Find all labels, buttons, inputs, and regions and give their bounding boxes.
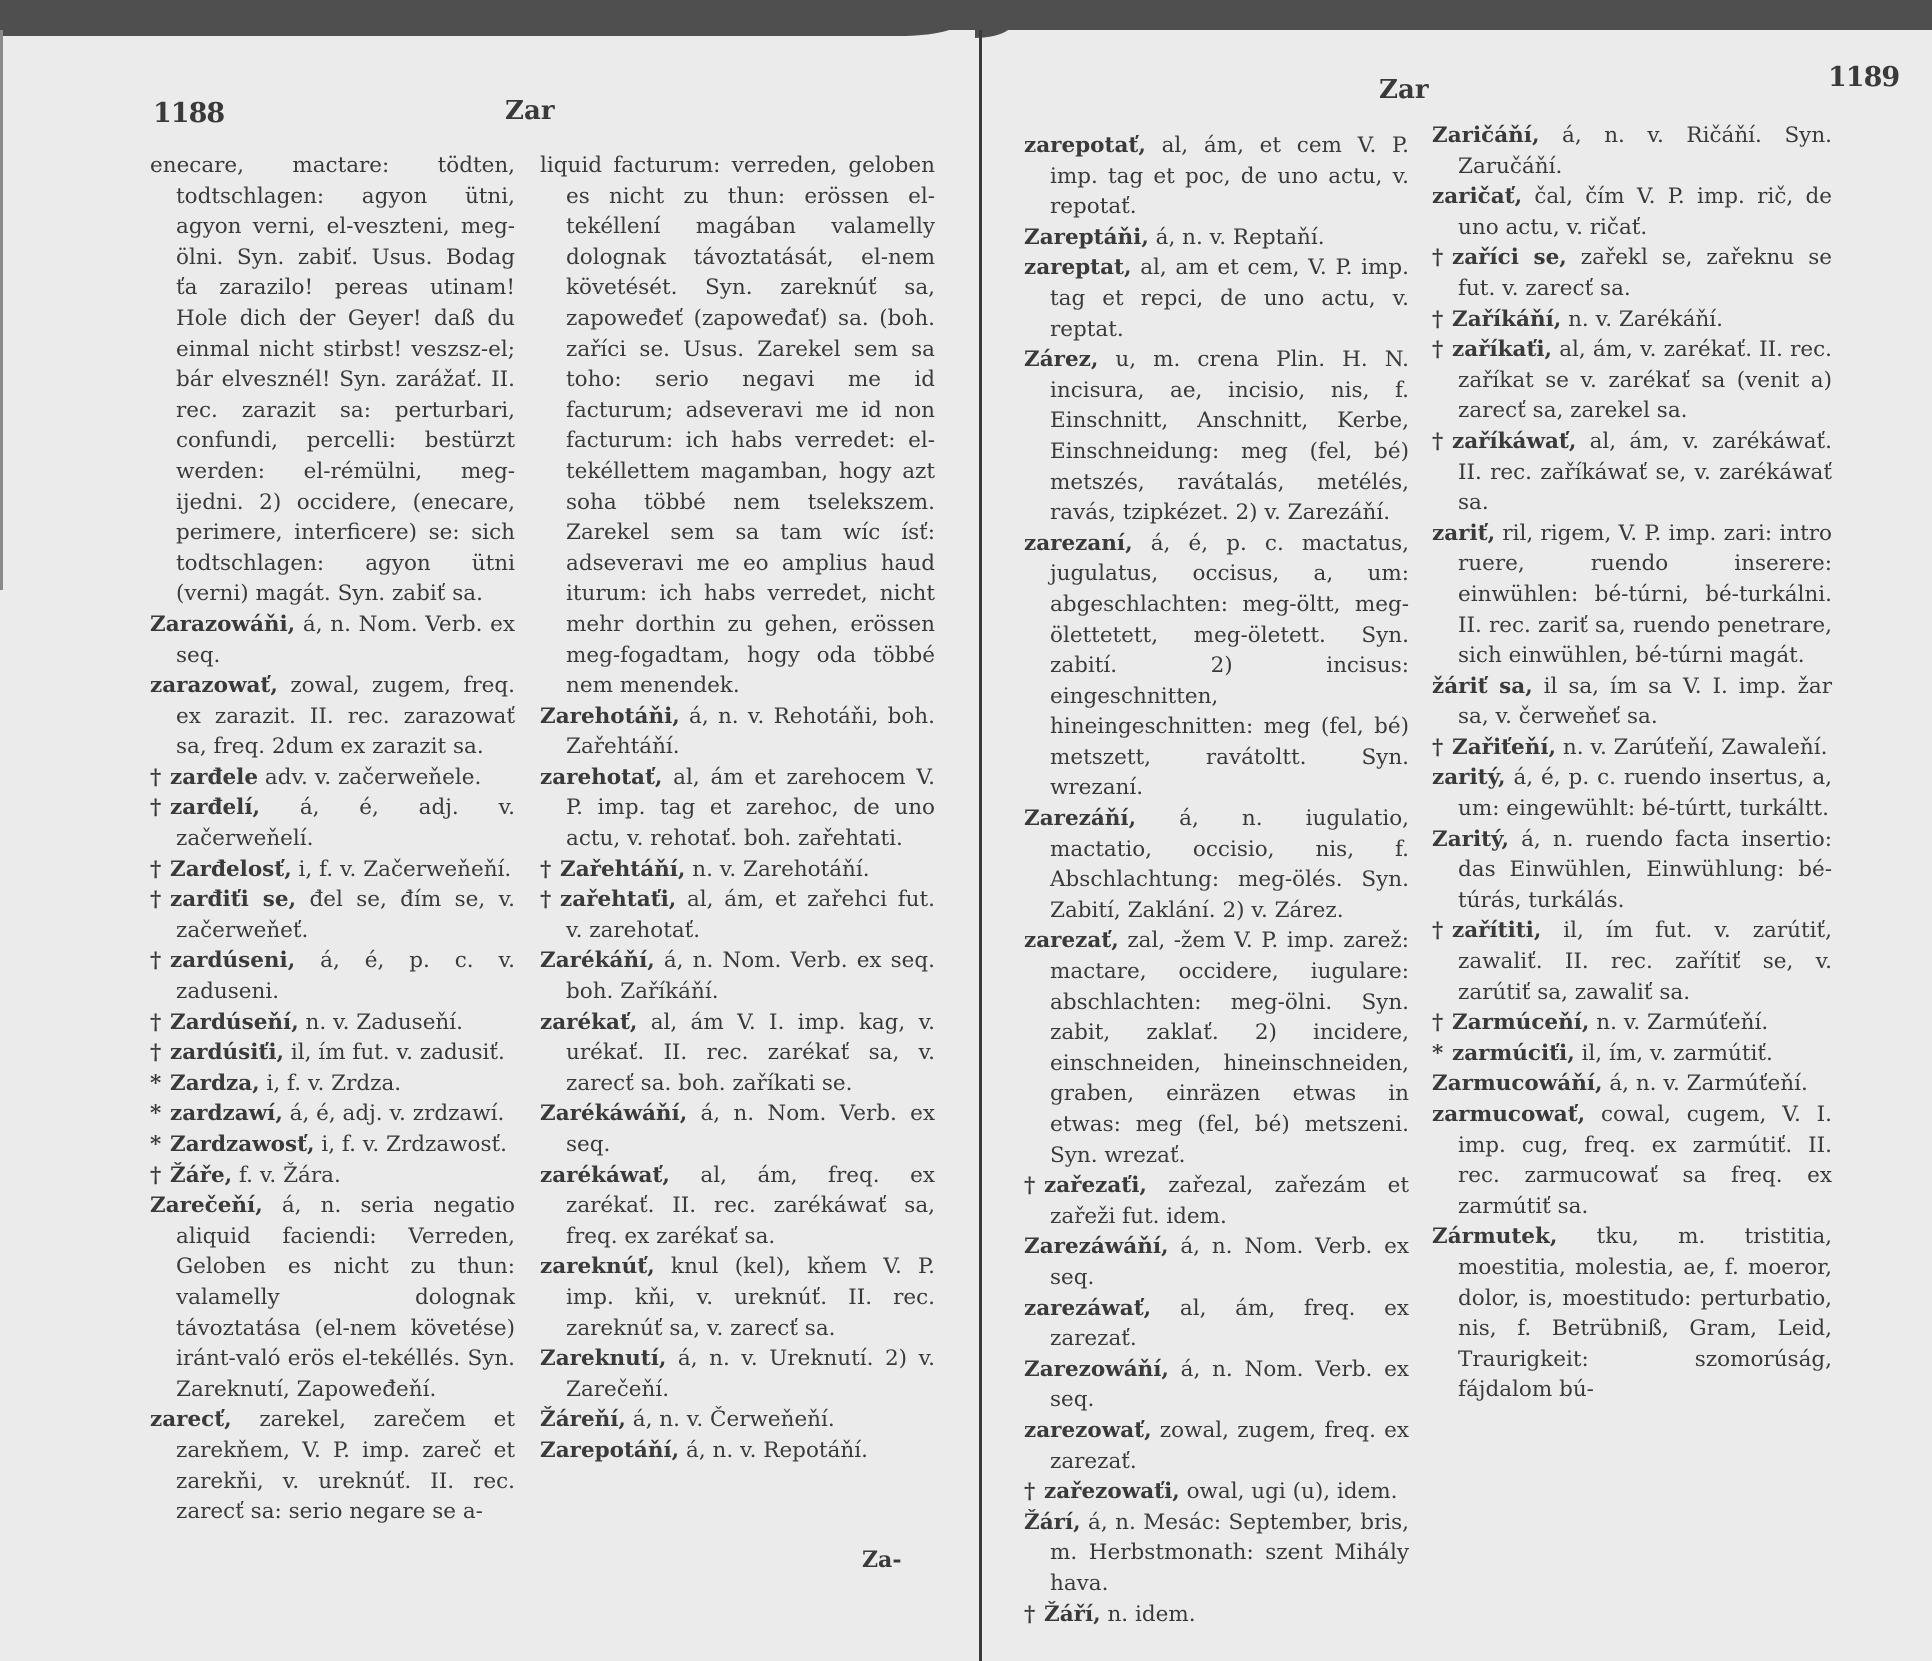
headword: zareknúť,	[540, 1254, 655, 1279]
definition-text: á, n. Mesác: September, bris, m. Herbstm…	[1050, 1510, 1409, 1596]
dictionary-entry: Zarečeňí, á, n. seria negatio aliquid fa…	[150, 1191, 515, 1405]
headword: zaříci se,	[1452, 245, 1567, 270]
dictionary-entry: †Zarđelosť, i, f. v. Začerweňeňí.	[150, 855, 515, 886]
left-page-column-2: liquid facturum: verreden, geloben es ni…	[540, 151, 935, 1467]
dagger-mark-icon: †	[150, 763, 170, 794]
asterisk-mark-icon: *	[150, 1099, 170, 1130]
dictionary-entry: Žáreňí, á, n. v. Čerweňeňí.	[540, 1405, 935, 1436]
headword: zarecť,	[150, 1407, 232, 1432]
headword: zarđele	[170, 765, 258, 790]
dictionary-entry: zareptat, al, am et cem, V. P. imp. tag …	[1024, 253, 1409, 345]
dagger-mark-icon: †	[1024, 1477, 1044, 1508]
dictionary-entry: liquid facturum: verreden, geloben es ni…	[540, 151, 935, 702]
dictionary-entry: Zareptáňi, á, n. v. Reptaňí.	[1024, 223, 1409, 254]
page-number: 1189	[1828, 62, 1899, 93]
dictionary-entry: †Žáří, n. idem.	[1024, 1600, 1409, 1631]
headword: Zármutek,	[1432, 1224, 1557, 1249]
definition-text: á, n. seria negatio aliquid faciendi: Ve…	[176, 1193, 515, 1402]
headword: Žáře,	[170, 1163, 232, 1188]
dictionary-entry: Zárez, u, m. crena Plin. H. N. incisura,…	[1024, 345, 1409, 529]
dictionary-entry: *zardzawí, á, é, adj. v. zrdzawí.	[150, 1099, 515, 1130]
dictionary-entry: Zarezowáňí, á, n. Nom. Verb. ex seq.	[1024, 1355, 1409, 1416]
headword: žáriť sa,	[1432, 674, 1533, 699]
dictionary-entry: †Zarmúceňí, n. v. Zarmúťeňí.	[1432, 1008, 1832, 1039]
headword: Zařehtáňí,	[560, 857, 685, 882]
headword: zarezaní,	[1024, 531, 1133, 556]
headword: zareptat,	[1024, 255, 1131, 280]
dictionary-entry: Zarékáňí, á, n. Nom. Verb. ex seq. boh. …	[540, 946, 935, 1007]
dictionary-entry: zareknúť, knul (kel), kňem V. P. imp. kň…	[540, 1252, 935, 1344]
dagger-mark-icon: †	[1432, 335, 1452, 366]
definition-text: il, ím, v. zarmútiť.	[1582, 1041, 1773, 1066]
dictionary-entry: Zarepotáňí, á, n. v. Repotáňí.	[540, 1436, 935, 1467]
definition-text: á, n. v. Repotáňí.	[686, 1438, 868, 1463]
dictionary-entry: †zaříkáwať, al, ám, v. zarékáwať. II. re…	[1432, 427, 1832, 519]
dictionary-entry: †zaříkaťi, al, ám, v. zarékať. II. rec. …	[1432, 335, 1832, 427]
headword: Žáří,	[1044, 1602, 1101, 1627]
headword: Zarmúceňí,	[1452, 1010, 1589, 1035]
dictionary-entry: zarezowať, zowal, zugem, freq. ex zareza…	[1024, 1416, 1409, 1477]
dagger-mark-icon: †	[150, 1038, 170, 1069]
dictionary-entry: zarehotať, al, ám et zarehocem V. P. imp…	[540, 763, 935, 855]
dagger-mark-icon: †	[1432, 243, 1452, 274]
running-head: Zar	[505, 96, 555, 126]
asterisk-mark-icon: *	[150, 1130, 170, 1161]
running-head: Zar	[1379, 75, 1429, 105]
headword: zarezať,	[1024, 928, 1119, 953]
headword: Zarezáňí,	[1024, 806, 1136, 831]
definition-text: enecare, mactare: tödten, todtschlagen: …	[150, 153, 515, 606]
headword: zarehotať,	[540, 765, 662, 790]
headword: Zarehotáňi,	[540, 704, 680, 729]
definition-text: á, n. v. Zarmúťeňí.	[1609, 1071, 1807, 1096]
dagger-mark-icon: †	[1432, 733, 1452, 764]
headword: Zarmucowáňí,	[1432, 1071, 1603, 1096]
headword: Zaritý,	[1432, 827, 1509, 852]
headword: Zareknutí,	[540, 1346, 666, 1371]
headword: zarazowať,	[150, 673, 278, 698]
dagger-mark-icon: †	[150, 793, 170, 824]
definition-text: il, ím fut. v. zadusiť.	[291, 1040, 505, 1065]
definition-text: n. idem.	[1107, 1602, 1195, 1627]
headword: zarmucowať,	[1432, 1102, 1585, 1127]
definition-text: á, é, p. c. ruendo insertus, a, um: eing…	[1458, 765, 1832, 821]
definition-text: i, f. v. Zrdzawosť.	[321, 1132, 507, 1157]
dagger-mark-icon: †	[1432, 1008, 1452, 1039]
dictionary-entry: zarecť, zarekel, zarečem et zarekňem, V.…	[150, 1405, 515, 1527]
definition-text: á, n. v. Reptaňí.	[1156, 225, 1325, 250]
dagger-mark-icon: †	[150, 1008, 170, 1039]
asterisk-mark-icon: *	[1432, 1039, 1452, 1070]
dictionary-entry: Zarehotáňi, á, n. v. Rehotáňi, boh. Zaře…	[540, 702, 935, 763]
definition-text: n. v. Zarmúťeňí.	[1596, 1010, 1768, 1035]
definition-text: á, é, p. c. mactatus, jugulatus, occisus…	[1050, 531, 1409, 801]
dictionary-entry: zaričať, čal, čím V. P. imp. rič, de uno…	[1432, 182, 1832, 243]
headword: Zarékáňí,	[540, 948, 655, 973]
dictionary-entry: zarezať, zal, -žem V. P. imp. zarež: mac…	[1024, 926, 1409, 1171]
dictionary-entry: *Zardza, i, f. v. Zrdza.	[150, 1069, 515, 1100]
right-page-column-1: zarepotať, al, ám, et cem V. P. imp. tag…	[1024, 131, 1409, 1630]
definition-text: i, f. v. Začerweňeňí.	[299, 857, 512, 882]
definition-text: n. v. Zarúťeňí, Zawaleňí.	[1563, 735, 1828, 760]
dictionary-entry: †zařítiti, il, ím fut. v. zarútiť, zawal…	[1432, 916, 1832, 1008]
headword: zarékať,	[540, 1010, 637, 1035]
dagger-mark-icon: †	[150, 1161, 170, 1192]
dictionary-entry: †Zařehtáňí, n. v. Zarehotáňí.	[540, 855, 935, 886]
page-number: 1188	[153, 98, 224, 129]
headword: zardzawí,	[170, 1101, 283, 1126]
definition-text: n. v. Zaduseňí.	[306, 1010, 463, 1035]
headword: Zardza,	[170, 1071, 260, 1096]
headword: Zarezowáňí,	[1024, 1357, 1169, 1382]
dagger-mark-icon: †	[540, 855, 560, 886]
dictionary-entry: *zarmúciťi, il, ím, v. zarmútiť.	[1432, 1039, 1832, 1070]
headword: zaričať,	[1432, 184, 1522, 209]
headword: zaříkáwať,	[1452, 429, 1576, 454]
dictionary-entry: †Zaříkáňí, n. v. Zarékáňí.	[1432, 305, 1832, 336]
headword: zardúsiťi,	[170, 1040, 284, 1065]
dictionary-entry: †zařezaťi, zařezal, zařezám et zařeži fu…	[1024, 1171, 1409, 1232]
headword: Zaričáňí,	[1432, 123, 1539, 148]
definition-text: zal, -žem V. P. imp. zarež: mactare, occ…	[1050, 928, 1409, 1167]
dictionary-entry: Zarékáwáňí, á, n. Nom. Verb. ex seq.	[540, 1099, 935, 1160]
headword: zaritý,	[1432, 765, 1506, 790]
headword: zařehtaťi,	[560, 887, 676, 912]
headword: zarđiťi se,	[170, 887, 296, 912]
definition-text: á, n. ruendo facta insertio: das Einwühl…	[1458, 827, 1832, 913]
dictionary-entry: Zaritý, á, n. ruendo facta insertio: das…	[1432, 825, 1832, 917]
headword: Zarazowáňi,	[150, 612, 295, 637]
headword: Zarékáwáňí,	[540, 1101, 687, 1126]
headword: Žárí,	[1024, 1510, 1081, 1535]
right-page: Zar 1189 zarepotať, al, ám, et cem V. P.…	[984, 0, 1932, 1661]
dictionary-entry: †zardúseni, á, é, p. c. v. zaduseni.	[150, 946, 515, 1007]
dictionary-entry: Zarezáwáňí, á, n. Nom. Verb. ex seq.	[1024, 1232, 1409, 1293]
dictionary-entry: zarezaní, á, é, p. c. mactatus, jugulatu…	[1024, 529, 1409, 804]
dictionary-entry: zarazowať, zowal, zugem, freq. ex zarazi…	[150, 671, 515, 763]
definition-text: á, n. v. Čerweňeňí.	[633, 1407, 835, 1432]
dagger-mark-icon: †	[540, 885, 560, 916]
dagger-mark-icon: †	[1432, 427, 1452, 458]
headword: zařezowaťi,	[1044, 1479, 1180, 1504]
dagger-mark-icon: †	[150, 946, 170, 977]
headword: Zaříkáňí,	[1452, 307, 1561, 332]
asterisk-mark-icon: *	[150, 1069, 170, 1100]
headword: Zareptáňi,	[1024, 225, 1149, 250]
dagger-mark-icon: †	[1024, 1171, 1044, 1202]
dictionary-entry: Zarmucowáňí, á, n. v. Zarmúťeňí.	[1432, 1069, 1832, 1100]
dictionary-entry: †zaříci se, zařekl se, zařeknu se fut. v…	[1432, 243, 1832, 304]
dictionary-entry: Zarezáňí, á, n. iugulatio, mactatio, occ…	[1024, 804, 1409, 926]
headword: zarékáwať,	[540, 1163, 670, 1188]
dictionary-entry: Zaričáňí, á, n. v. Ričáňí. Syn. Zaručáňí…	[1432, 121, 1832, 182]
dictionary-entry: Žárí, á, n. Mesác: September, bris, m. H…	[1024, 1508, 1409, 1600]
headword: zarezáwať,	[1024, 1296, 1151, 1321]
dagger-mark-icon: †	[150, 855, 170, 886]
definition-text: ril, rigem, V. P. imp. zari: intro ruere…	[1458, 521, 1832, 668]
dictionary-entry: zarékať, al, ám V. I. imp. kag, v. uréka…	[540, 1008, 935, 1100]
headword: zarezowať,	[1024, 1418, 1152, 1443]
headword: Žáreňí,	[540, 1407, 626, 1432]
headword: Zarđelosť,	[170, 857, 292, 882]
dagger-mark-icon: †	[1024, 1600, 1044, 1631]
definition-text: liquid facturum: verreden, geloben es ni…	[540, 153, 935, 698]
dictionary-entry: †zařehtaťi, al, ám, et zařehci fut. v. z…	[540, 885, 935, 946]
headword: Zařiťeňí,	[1452, 735, 1556, 760]
dictionary-entry: Zármutek, tku, m. tristitia, moestitia, …	[1432, 1222, 1832, 1406]
dictionary-entry: †Žáře, f. v. Žára.	[150, 1161, 515, 1192]
headword: zariť,	[1432, 521, 1495, 546]
dictionary-entry: zarmucowať, cowal, cugem, V. I. imp. cug…	[1432, 1100, 1832, 1222]
definition-text: u, m. crena Plin. H. N. incisura, ae, in…	[1050, 347, 1409, 525]
dictionary-entry: †zarđiťi se, đel se, đím se, v. začerweň…	[150, 885, 515, 946]
dictionary-entry: zarezáwať, al, ám, freq. ex zarezať.	[1024, 1294, 1409, 1355]
dictionary-entry: zariť, ril, rigem, V. P. imp. zari: intr…	[1432, 519, 1832, 672]
headword: zardúseni,	[170, 948, 295, 973]
dictionary-entry: †zarđele adv. v. začerweňele.	[150, 763, 515, 794]
book-spine	[979, 30, 982, 1661]
definition-text: owal, ugi (u), idem.	[1187, 1479, 1398, 1504]
headword: Zarepotáňí,	[540, 1438, 679, 1463]
dictionary-entry: †zardúsiťi, il, ím fut. v. zadusiť.	[150, 1038, 515, 1069]
dictionary-entry: zarékáwať, al, ám, freq. ex zarékať. II.…	[540, 1161, 935, 1253]
headword: Zardzawosť,	[170, 1132, 315, 1157]
headword: Zardúseňí,	[170, 1010, 299, 1035]
dictionary-entry: enecare, mactare: tödten, todtschlagen: …	[150, 151, 515, 610]
dictionary-entry: *Zardzawosť, i, f. v. Zrdzawosť.	[150, 1130, 515, 1161]
definition-text: n. v. Zarékáňí.	[1568, 307, 1723, 332]
dictionary-entry: zarepotať, al, ám, et cem V. P. imp. tag…	[1024, 131, 1409, 223]
catchword: Za-	[862, 1547, 901, 1573]
headword: zaříkaťi,	[1452, 337, 1552, 362]
definition-text: f. v. Žára.	[239, 1163, 341, 1188]
headword: zarmúciťi,	[1452, 1041, 1575, 1066]
dictionary-entry: †zařezowaťi, owal, ugi (u), idem.	[1024, 1477, 1409, 1508]
headword: Zarezáwáňí,	[1024, 1234, 1169, 1259]
dictionary-entry: Zarazowáňi, á, n. Nom. Verb. ex seq.	[150, 610, 515, 671]
dagger-mark-icon: †	[150, 885, 170, 916]
dictionary-entry: †Zardúseňí, n. v. Zaduseňí.	[150, 1008, 515, 1039]
definition-text: tku, m. tristitia, moestitia, molestia, …	[1458, 1224, 1832, 1402]
dictionary-entry: Zareknutí, á, n. v. Ureknutí. 2) v. Zare…	[540, 1344, 935, 1405]
headword: zařítiti,	[1452, 918, 1541, 943]
headword: zarepotať,	[1024, 133, 1146, 158]
dagger-mark-icon: †	[1432, 916, 1452, 947]
definition-text: i, f. v. Zrdza.	[266, 1071, 401, 1096]
dictionary-entry: žáriť sa, il sa, ím sa V. I. imp. žar sa…	[1432, 672, 1832, 733]
right-page-column-2: Zaričáňí, á, n. v. Ričáňí. Syn. Zaručáňí…	[1432, 121, 1832, 1406]
dagger-mark-icon: †	[1432, 305, 1452, 336]
headword: zařezaťi,	[1044, 1173, 1147, 1198]
definition-text: n. v. Zarehotáňí.	[692, 857, 869, 882]
definition-text: á, é, adj. v. zrdzawí.	[290, 1101, 505, 1126]
headword: Zárez,	[1024, 347, 1098, 372]
headword: zarđelí,	[170, 795, 260, 820]
definition-text: adv. v. začerweňele.	[265, 765, 481, 790]
dictionary-entry: †zarđelí, á, é, adj. v. začerweňelí.	[150, 793, 515, 854]
headword: Zarečeňí,	[150, 1193, 263, 1218]
left-page: 1188 Zar enecare, mactare: tödten, todts…	[0, 0, 978, 1661]
left-page-column-1: enecare, mactare: tödten, todtschlagen: …	[150, 151, 515, 1528]
dictionary-entry: zaritý, á, é, p. c. ruendo insertus, a, …	[1432, 763, 1832, 824]
dictionary-entry: †Zařiťeňí, n. v. Zarúťeňí, Zawaleňí.	[1432, 733, 1832, 764]
